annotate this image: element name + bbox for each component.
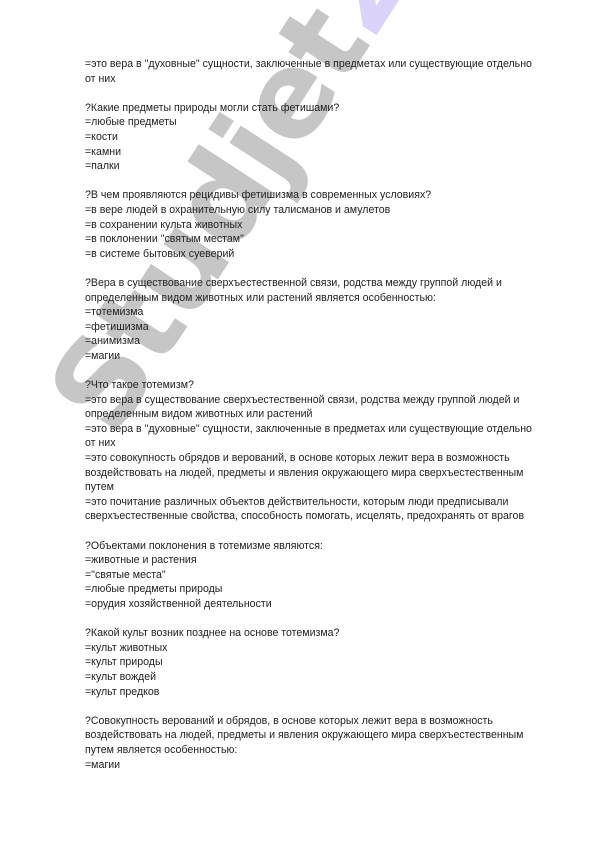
answer-line: =тотемизма [85,305,565,320]
answer-line: =анимизма [85,334,565,349]
blank-line [85,261,565,276]
document-body: =это вера в "духовные" сущности, заключе… [85,57,565,772]
answer-line: =это вера в существование сверхъестестве… [85,393,565,408]
answer-line: =магии [85,349,565,364]
document-page: Studjet24 =это вера в "духовные" сущност… [0,0,596,842]
answer-line: =это почитание различных объектов действ… [85,495,565,510]
blank-line [85,699,565,714]
answer-line: =в поклонении "святым местам" [85,232,565,247]
continuation-line: воздействовать на людей, предметы и явле… [85,728,565,743]
answer-line: =камни [85,145,565,160]
answer-line: =это вера в "духовные" сущности, заключе… [85,57,565,72]
blank-line [85,524,565,539]
answer-line: =это вера в "духовные" сущности, заключе… [85,422,565,437]
continuation-line: от них [85,72,565,87]
question-line: ?Что такое тотемизм? [85,378,565,393]
answer-line: =культ природы [85,655,565,670]
watermark-number: 24 [279,0,482,58]
continuation-line: определенным видом животных или растений… [85,291,565,306]
answer-line: ="святые места" [85,568,565,583]
continuation-line: сверхъестественные свойства, способность… [85,509,565,524]
answer-line: =палки [85,159,565,174]
question-line: ?Какие предметы природы могли стать фети… [85,101,565,116]
answer-line: =магии [85,758,565,773]
question-line: ?Вера в существование сверхъестественной… [85,276,565,291]
answer-line: =любые предметы природы [85,582,565,597]
answer-line: =в системе бытовых суеверий [85,247,565,262]
question-line: ?Объектами поклонения в тотемизме являют… [85,539,565,554]
answer-line: =культ животных [85,641,565,656]
continuation-line: воздействовать на людей, предметы и явле… [85,466,565,481]
answer-line: =в сохранении культа животных [85,218,565,233]
answer-line: =орудия хозяйственной деятельности [85,597,565,612]
answer-line: =любые предметы [85,115,565,130]
answer-line: =в вере людей в охранительную силу талис… [85,203,565,218]
blank-line [85,174,565,189]
continuation-line: путем является особенностью: [85,743,565,758]
question-line: ?Совокупность верований и обрядов, в осн… [85,714,565,729]
answer-line: =культ вождей [85,670,565,685]
blank-line [85,612,565,627]
blank-line [85,86,565,101]
blank-line [85,363,565,378]
question-line: ?Какой культ возник позднее на основе то… [85,626,565,641]
continuation-line: путем [85,480,565,495]
answer-line: =фетишизма [85,320,565,335]
answer-line: =культ предков [85,685,565,700]
answer-line: =животные и растения [85,553,565,568]
question-line: ?В чем проявляются рецидивы фетишизма в … [85,188,565,203]
answer-line: =это совокупность обрядов и верований, в… [85,451,565,466]
answer-line: =кости [85,130,565,145]
continuation-line: от них [85,436,565,451]
continuation-line: определенным видом животных или растений [85,407,565,422]
